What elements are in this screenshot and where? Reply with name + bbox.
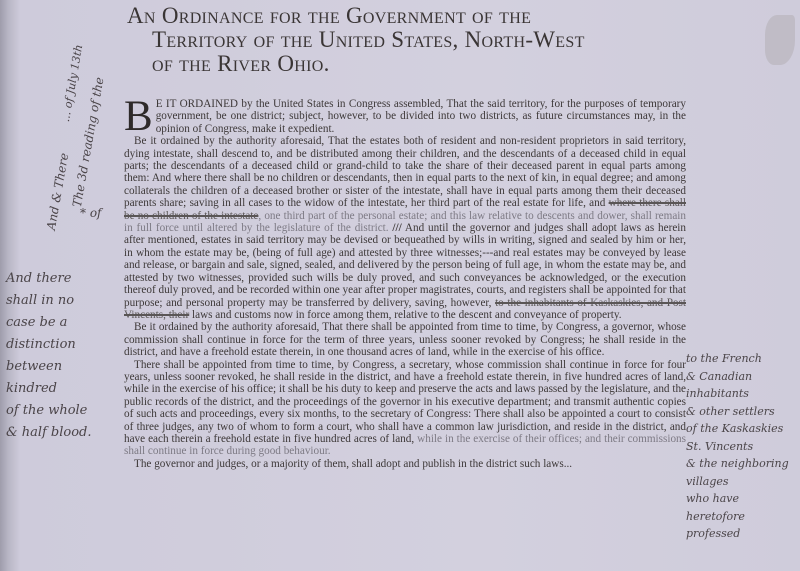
annotation-line: villages bbox=[686, 473, 798, 491]
paragraph-5: The governor and judges, or a majority o… bbox=[124, 458, 686, 470]
annotation-line: professed bbox=[686, 525, 798, 543]
paragraph-text: Be it ordained by the authority aforesai… bbox=[124, 135, 686, 209]
document-title: An Ordinance for the Government of the T… bbox=[127, 4, 687, 76]
insert-mark: /// bbox=[392, 222, 401, 234]
annotation-line: between bbox=[6, 356, 114, 378]
annotation-line: & other settlers bbox=[686, 403, 798, 421]
annotation-line: shall in no bbox=[6, 290, 114, 312]
annotation-line: St. Vincents bbox=[686, 438, 798, 456]
paper-stain bbox=[765, 15, 795, 65]
annotation-line: & half blood. bbox=[6, 422, 114, 444]
annotation-line: inhabitants bbox=[686, 385, 798, 403]
annotation-line: heretofore bbox=[686, 508, 798, 526]
paragraph-text: Be it ordained by the authority aforesai… bbox=[124, 321, 686, 358]
side-mark: * of bbox=[80, 206, 101, 220]
annotation-line: of the whole bbox=[6, 400, 114, 422]
annotation-line: case be a bbox=[6, 312, 114, 334]
title-line-2: Territory of the United States, North-We… bbox=[127, 28, 687, 52]
paragraph-4: There shall be appointed from time to ti… bbox=[124, 359, 686, 458]
annotation-line: of the Kaskaskies bbox=[686, 420, 798, 438]
paragraph-text: The governor and judges, or a majority o… bbox=[134, 458, 572, 470]
drop-cap: B bbox=[124, 99, 153, 135]
annotation-line: to the French bbox=[686, 350, 798, 368]
annotation-line: & Canadian bbox=[686, 368, 798, 386]
annotation-line: who have bbox=[686, 490, 798, 508]
paragraph-3: Be it ordained by the authority aforesai… bbox=[124, 321, 686, 358]
ordinance-body: BE IT ORDAINED by the United States in C… bbox=[124, 98, 686, 470]
paragraph-2: Be it ordained by the authority aforesai… bbox=[124, 135, 686, 321]
annotation-line: kindred bbox=[6, 378, 114, 400]
title-line-3: of the River Ohio. bbox=[127, 52, 687, 76]
annotation-line: distinction bbox=[6, 334, 114, 356]
annotation-line: & the neighboring bbox=[686, 455, 798, 473]
title-line-1: An Ordinance for the Government of the bbox=[127, 4, 687, 28]
paragraph-1: BE IT ORDAINED by the United States in C… bbox=[124, 98, 686, 135]
paragraph-text: laws and customs now in force among them… bbox=[189, 309, 621, 321]
scanned-document-page: An Ordinance for the Government of the T… bbox=[0, 0, 800, 571]
left-margin-annotation: And there shall in no case be a distinct… bbox=[6, 268, 114, 444]
paragraph-text: E IT ORDAINED by the United States in Co… bbox=[156, 98, 686, 135]
right-margin-annotation: to the French & Canadian inhabitants & o… bbox=[686, 350, 798, 543]
annotation-line: And there bbox=[6, 268, 114, 290]
